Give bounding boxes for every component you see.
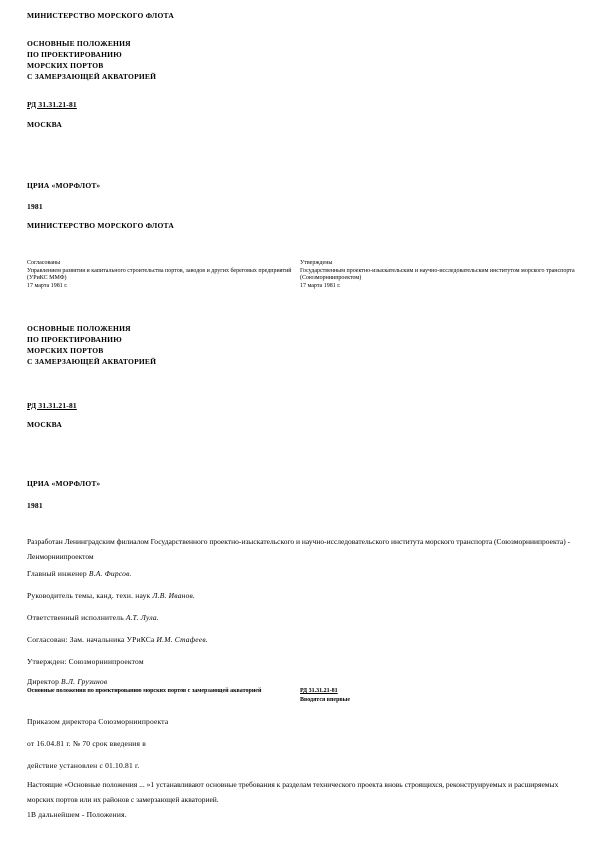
city-label: МОСКВА [27, 119, 62, 130]
credit-role: Руководитель темы, канд. техн. наук [27, 591, 150, 600]
credit-line: Главный инженерВ.А. Фирсов. [27, 568, 132, 579]
credit-role: Ответственный исполнитель [27, 613, 124, 622]
agreed-block: Согласованы Управлением развития и капит… [27, 260, 292, 290]
credit-name: А.Т. Лула. [124, 613, 159, 622]
agreed-label: Согласованы [27, 260, 292, 268]
document-title: ОСНОВНЫЕ ПОЛОЖЕНИЯ ПО ПРОЕКТИРОВАНИЮ МОР… [27, 323, 156, 367]
doc-number: РД 31.31.21-81 [27, 400, 77, 411]
title-line: ОСНОВНЫЕ ПОЛОЖЕНИЯ [27, 38, 156, 49]
intro-paragraph: Настоящие «Основные положения ... »1 уст… [27, 777, 574, 807]
doc-number: РД 31.31.21-81 [27, 99, 77, 110]
credit-name: В.Л. Грузинов [59, 677, 107, 686]
credit-role: Утвержден: Союзморниипроектом [27, 657, 144, 666]
credit-line: ДиректорВ.Л. Грузинов [27, 676, 107, 687]
designation-status: Вводятся впервые [300, 696, 350, 705]
document-page: МИНИСТЕРСТВО МОРСКОГО ФЛОТА ОСНОВНЫЕ ПОЛ… [0, 0, 595, 842]
credit-line: Согласован: Зам. начальника УРиКСаИ.М. С… [27, 634, 208, 645]
year-label: 1981 [27, 500, 43, 511]
title-line: МОРСКИХ ПОРТОВ [27, 60, 156, 71]
credit-role: Директор [27, 677, 59, 686]
approved-block: Утверждены Государственным проектно-изыс… [300, 260, 575, 290]
ministry-header: МИНИСТЕРСТВО МОРСКОГО ФЛОТА [27, 220, 174, 231]
designation-block: РД 31.31.21-81 Вводятся впервые [300, 687, 350, 704]
title-line: ОСНОВНЫЕ ПОЛОЖЕНИЯ [27, 323, 156, 334]
footnote: 1В дальнейшем - Положения. [27, 809, 127, 820]
enactment-line: от 16.04.81 г. № 70 срок введения в [27, 738, 146, 749]
title-line: ПО ПРОЕКТИРОВАНИЮ [27, 334, 156, 345]
publisher-label: ЦРИА «МОРФЛОТ» [27, 180, 100, 191]
credit-name: В.А. Фирсов. [87, 569, 132, 578]
designation-number: РД 31.31.21-81 [300, 687, 350, 696]
year-label: 1981 [27, 201, 43, 212]
title-line: С ЗАМЕРЗАЮЩЕЙ АКВАТОРИЕЙ [27, 356, 156, 367]
credit-role: Согласован: Зам. начальника УРиКСа [27, 635, 155, 644]
document-title: ОСНОВНЫЕ ПОЛОЖЕНИЯ ПО ПРОЕКТИРОВАНИЮ МОР… [27, 38, 156, 82]
enactment-line: действие установлен с 01.10.81 г. [27, 760, 140, 771]
ministry-header: МИНИСТЕРСТВО МОРСКОГО ФЛОТА [27, 10, 174, 21]
developed-by-paragraph: Разработан Ленинградским филиалом Госуда… [27, 534, 574, 564]
agreed-body: Управлением развития и капитального стро… [27, 268, 292, 283]
city-label: МОСКВА [27, 419, 62, 430]
credit-line: Ответственный исполнительА.Т. Лула. [27, 612, 159, 623]
title-line: МОРСКИХ ПОРТОВ [27, 345, 156, 356]
credit-name: Л.В. Иванов. [150, 591, 195, 600]
designation-title: Основные положения по проектированию мор… [27, 687, 282, 696]
title-line: С ЗАМЕРЗАЮЩЕЙ АКВАТОРИЕЙ [27, 71, 156, 82]
approved-date: 17 марта 1981 г. [300, 283, 575, 291]
credit-line: Утвержден: Союзморниипроектом [27, 656, 146, 667]
credit-name [144, 657, 146, 666]
credit-line: Руководитель темы, канд. техн. наукЛ.В. … [27, 590, 195, 601]
title-line: ПО ПРОЕКТИРОВАНИЮ [27, 49, 156, 60]
credit-role: Главный инженер [27, 569, 87, 578]
approved-label: Утверждены [300, 260, 575, 268]
publisher-label: ЦРИА «МОРФЛОТ» [27, 478, 100, 489]
approved-body: Государственным проектно-изыскательским … [300, 268, 575, 283]
agreed-date: 17 марта 1981 г. [27, 283, 292, 291]
credit-name: И.М. Стафеев. [155, 635, 208, 644]
enactment-line: Приказом директора Союзморниипроекта [27, 716, 168, 727]
